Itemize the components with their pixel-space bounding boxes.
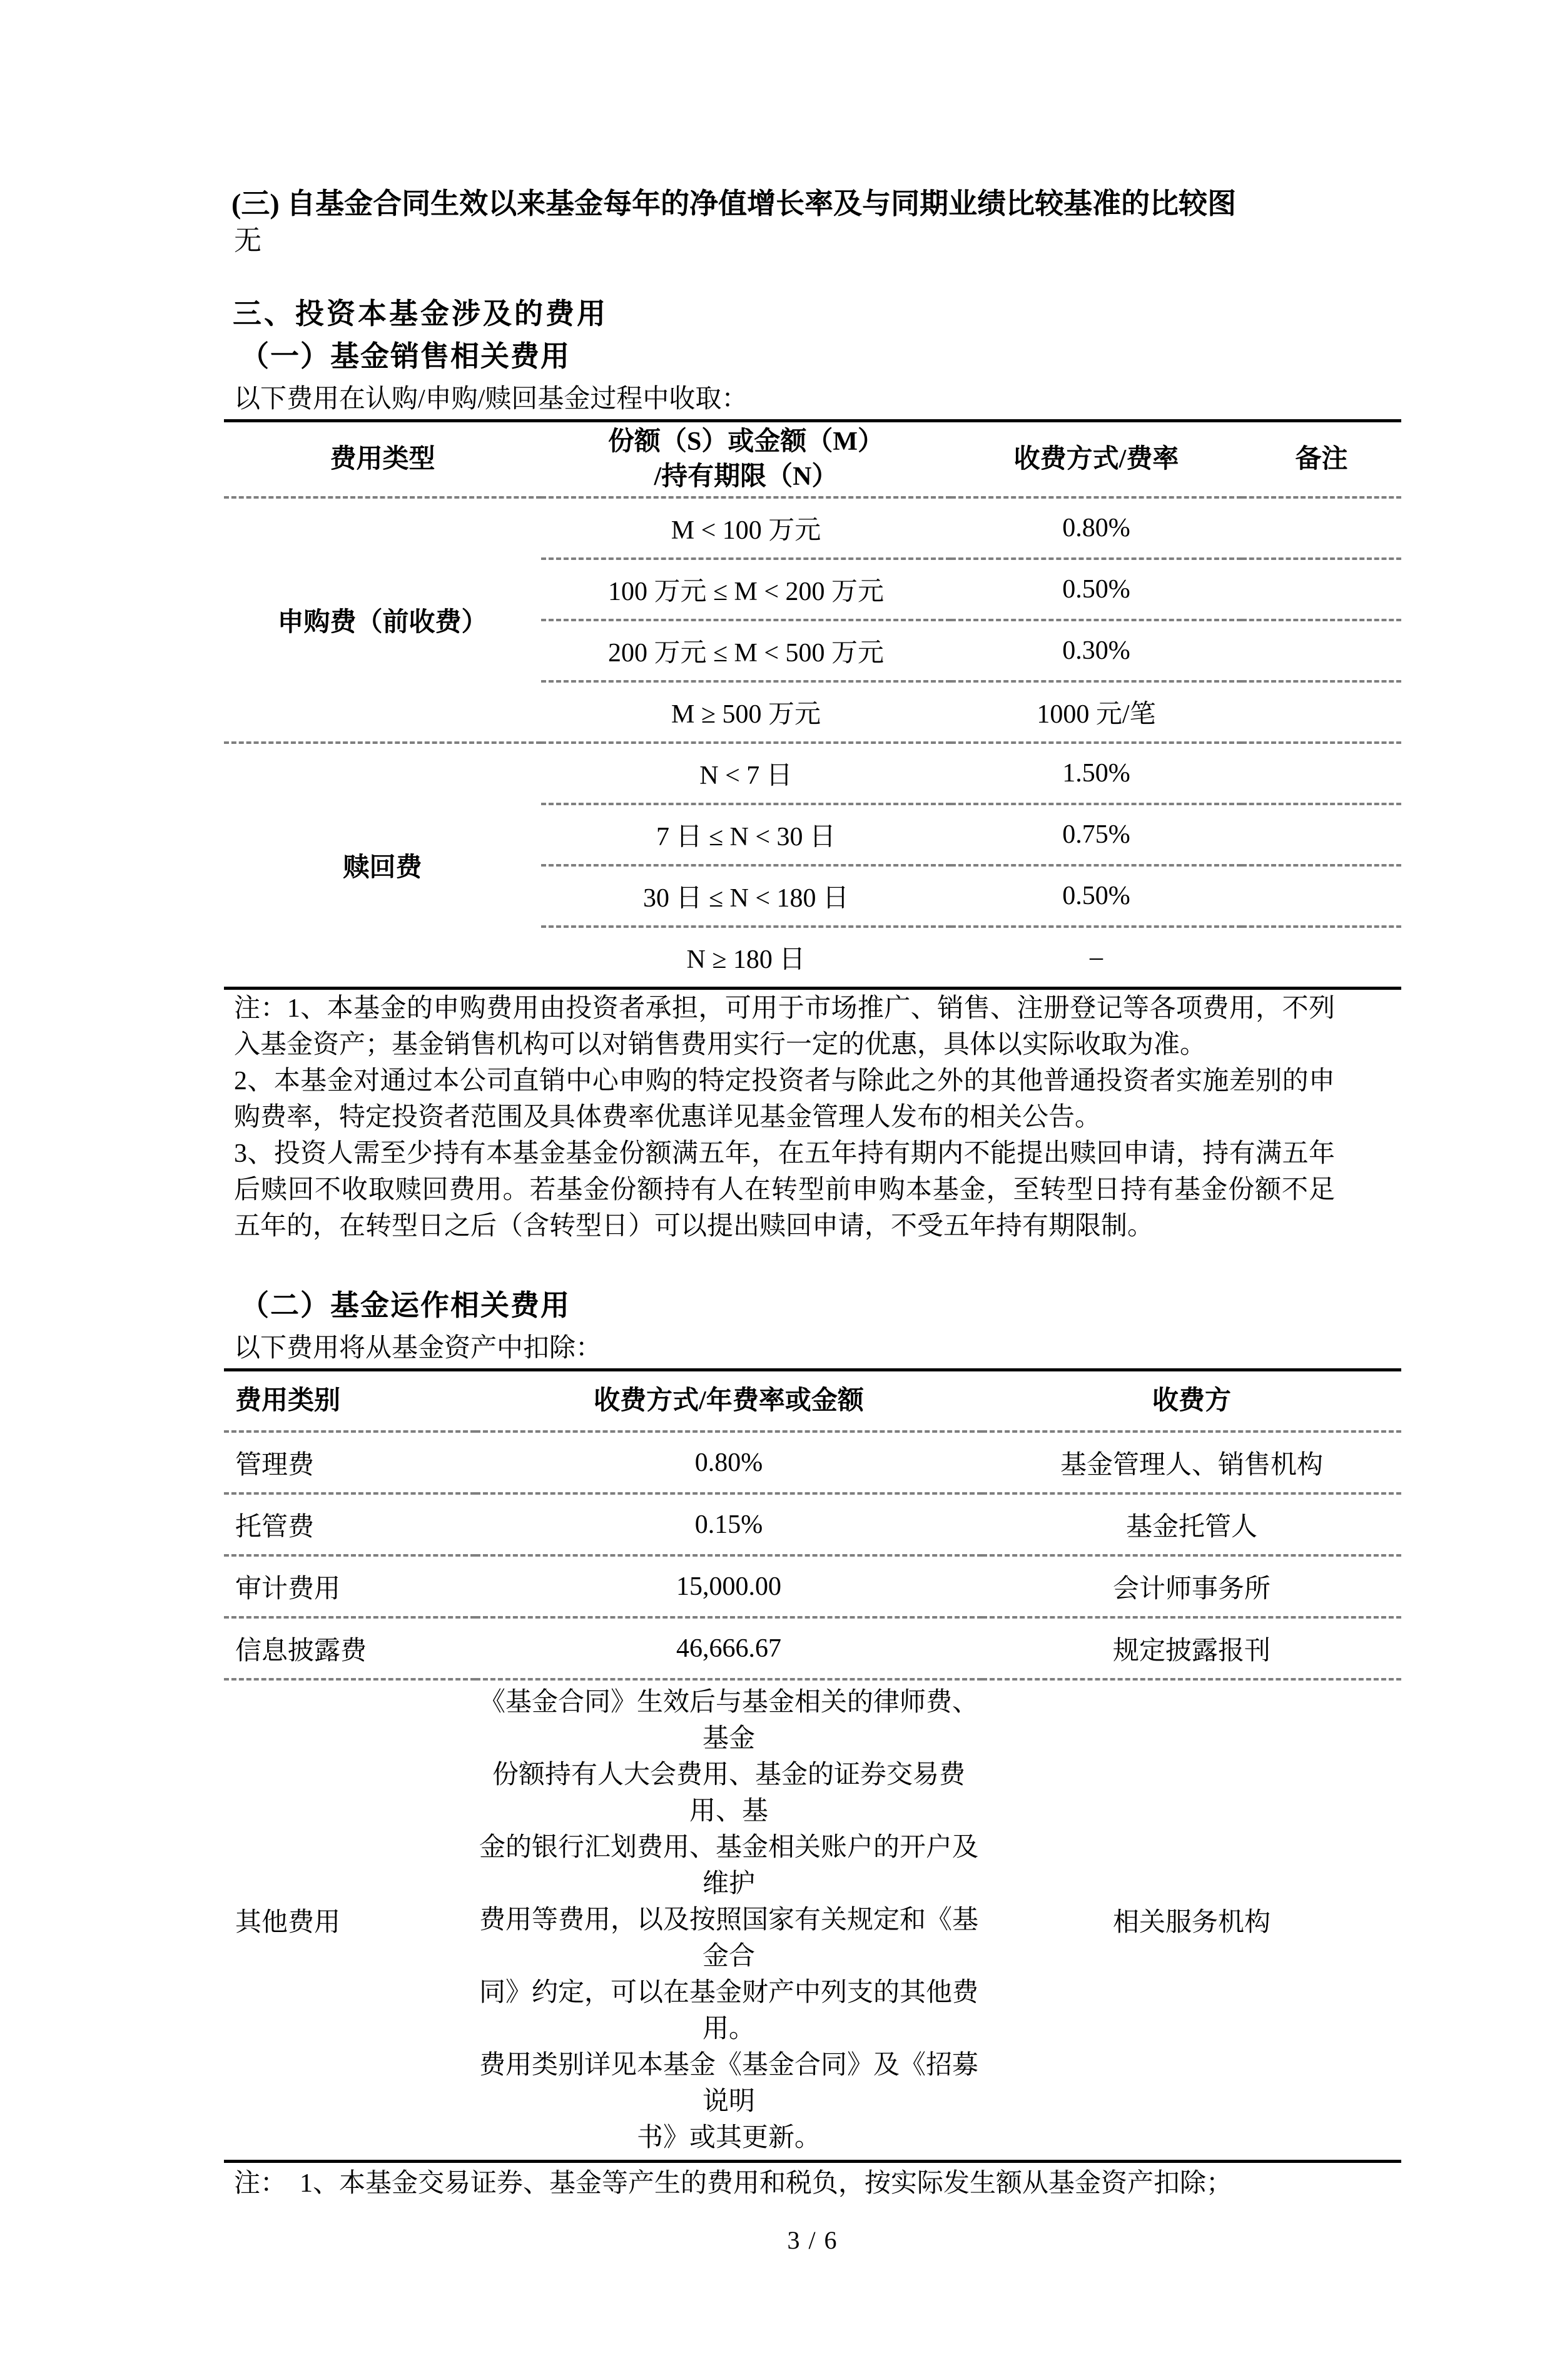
table-header-row: 费用类别 收费方式/年费率或金额 收费方 [224,1370,1401,1432]
remark-cell [1242,620,1401,681]
fee-tier-cell: N ≥ 180 日 [541,927,951,989]
remark-cell [1242,804,1401,865]
rate-or-amount-header: 收费方式/年费率或金额 [475,1370,982,1432]
operation-fee-note: 注： 1、本基金交易证券、基金等产生的费用和税负，按实际发生额从基金资产扣除； [224,2165,1401,2202]
op-fee-name-cell: 其他费用 [224,1679,475,2162]
op-fee-payee-cell: 基金管理人、销售机构 [982,1432,1401,1493]
fee-rate-cell: 1.50% [951,743,1242,804]
op-fee-name-cell: 托管费 [224,1493,475,1555]
remark-header: 备注 [1242,421,1401,498]
remark-cell [1242,743,1401,804]
table-row: 赎回费 N < 7 日 1.50% [224,743,1401,804]
payee-header: 收费方 [982,1370,1401,1432]
op-fee-value-cell: 46,666.67 [475,1617,982,1679]
note-paragraph: 3、投资人需至少持有本基金基金份额满五年，在五年持有期内不能提出赎回申请，持有满… [234,1136,1335,1244]
op-fee-name-cell: 审计费用 [224,1555,475,1617]
fee-rate-cell: 0.50% [951,559,1242,620]
fee-tier-cell: M ≥ 500 万元 [541,681,951,743]
part3-heading: 三、投资本基金涉及的费用 [224,295,1401,333]
fee-tier-cell: 200 万元 ≤ M < 500 万元 [541,620,951,681]
fee-group-label: 申购费（前收费） [224,497,541,743]
op-fee-name-cell: 信息披露费 [224,1617,475,1679]
fee-tier-cell: 7 日 ≤ N < 30 日 [541,804,951,865]
table-row: 审计费用 15,000.00 会计师事务所 [224,1555,1401,1617]
op-fee-value-cell: 0.80% [475,1432,982,1493]
op-fee-value-cell: 0.15% [475,1493,982,1555]
table-row: 管理费 0.80% 基金管理人、销售机构 [224,1432,1401,1493]
sales-fees-heading: （一）基金销售相关费用 [224,338,1401,375]
fee-type-header: 费用类型 [224,421,541,498]
fee-rate-cell: 0.75% [951,804,1242,865]
sales-fees-intro: 以下费用在认购/申购/赎回基金过程中收取： [224,381,1401,417]
table-row: 申购费（前收费） M < 100 万元 0.80% [224,497,1401,559]
page-number: 3 / 6 [224,2225,1401,2255]
op-fee-value-cell: 15,000.00 [475,1555,982,1617]
op-fee-payee-cell: 相关服务机构 [982,1679,1401,2162]
note-paragraph: 注：1、本基金的申购费用由投资者承担，可用于市场推广、销售、注册登记等各项费用，… [234,990,1335,1063]
section3-heading: (三) 自基金合同生效以来基金每年的净值增长率及与同期业绩比较基准的比较图 [224,185,1401,223]
sales-fee-notes: 注：1、本基金的申购费用由投资者承担，可用于市场推广、销售、注册登记等各项费用，… [224,990,1401,1244]
remark-cell [1242,497,1401,559]
fee-tier-cell: M < 100 万元 [541,497,951,559]
fee-rate-cell: 1000 元/笔 [951,681,1242,743]
sales-fee-table: 费用类型 份额（S）或金额（M） /持有期限（N） 收费方式/费率 备注 申购费… [224,419,1401,990]
fee-rate-cell: 0.30% [951,620,1242,681]
operation-fee-table: 费用类别 收费方式/年费率或金额 收费方 管理费 0.80% 基金管理人、销售机… [224,1368,1401,2163]
operation-fees-intro: 以下费用将从基金资产中扣除： [224,1330,1401,1366]
document-page: (三) 自基金合同生效以来基金每年的净值增长率及与同期业绩比较基准的比较图 无 … [0,185,1552,2255]
table-row: 托管费 0.15% 基金托管人 [224,1493,1401,1555]
remark-cell [1242,559,1401,620]
fee-tier-cell: N < 7 日 [541,743,951,804]
note-paragraph: 2、本基金对通过本公司直销中心申购的特定投资者与除此之外的其他普通投资者实施差别… [234,1063,1335,1136]
remark-cell [1242,865,1401,927]
op-fee-value-cell: 《基金合同》生效后与基金相关的律师费、基金 份额持有人大会费用、基金的证券交易费… [475,1679,982,2162]
section3-none-text: 无 [224,223,1401,259]
table-header-row: 费用类型 份额（S）或金额（M） /持有期限（N） 收费方式/费率 备注 [224,421,1401,498]
fee-rate-cell: 0.80% [951,497,1242,559]
operation-fees-heading: （二）基金运作相关费用 [224,1287,1401,1325]
op-fee-payee-cell: 基金托管人 [982,1493,1401,1555]
op-fee-payee-cell: 规定披露报刊 [982,1617,1401,1679]
remark-cell [1242,927,1401,989]
fee-rate-cell: – [951,927,1242,989]
table-row: 信息披露费 46,666.67 规定披露报刊 [224,1617,1401,1679]
fee-tier-cell: 100 万元 ≤ M < 200 万元 [541,559,951,620]
table-row: 其他费用 《基金合同》生效后与基金相关的律师费、基金 份额持有人大会费用、基金的… [224,1679,1401,2162]
op-fee-payee-cell: 会计师事务所 [982,1555,1401,1617]
amount-tier-header: 份额（S）或金额（M） /持有期限（N） [541,421,951,498]
fee-category-header: 费用类别 [224,1370,475,1432]
fee-rate-cell: 0.50% [951,865,1242,927]
remark-cell [1242,681,1401,743]
fee-group-label: 赎回费 [224,743,541,989]
op-fee-name-cell: 管理费 [224,1432,475,1493]
rate-header: 收费方式/费率 [951,421,1242,498]
fee-tier-cell: 30 日 ≤ N < 180 日 [541,865,951,927]
